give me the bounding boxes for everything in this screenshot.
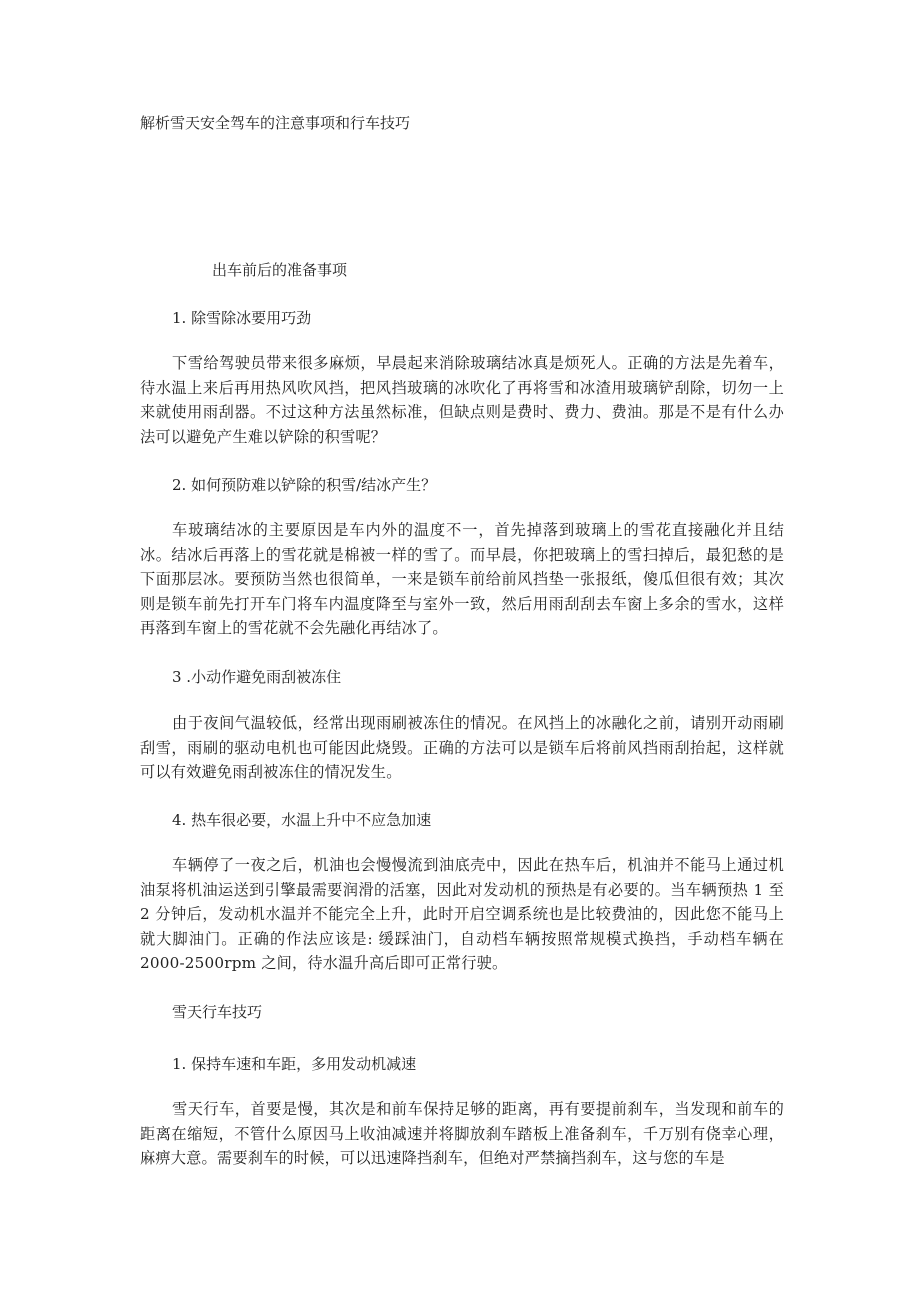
item-title-3: 3 .小动作避免雨刮被冻住	[172, 667, 341, 687]
item-title-driving-1: 1. 保持车速和车距，多用发动机减速	[172, 1054, 416, 1074]
item-title-1: 1. 除雪除冰要用巧劲	[172, 308, 311, 328]
item-body-4: 车辆停了一夜之后，机油也会慢慢流到油底壳中，因此在热车后，机油并不能马上通过机油…	[140, 853, 784, 976]
section-heading-driving-tips: 雪天行车技巧	[172, 1002, 262, 1022]
item-body-2: 车玻璃结冰的主要原因是车内外的温度不一，首先掉落到玻璃上的雪花直接融化并且结冰。…	[140, 518, 784, 641]
section-heading-preparation: 出车前后的准备事项	[212, 260, 347, 280]
item-body-1: 下雪给驾驶员带来很多麻烦，早晨起来消除玻璃结冰真是烦死人。正确的方法是先着车，待…	[140, 351, 784, 449]
item-title-2: 2. 如何预防难以铲除的积雪/结冰产生？	[172, 475, 436, 495]
item-body-driving-1: 雪天行车，首要是慢，其次是和前车保持足够的距离，再有要提前刹车，当发现和前车的距…	[140, 1097, 784, 1171]
item-title-4: 4. 热车很必要，水温上升中不应急加速	[172, 810, 431, 830]
document-title: 解析雪天安全驾车的注意事项和行车技巧	[140, 113, 410, 133]
item-body-3: 由于夜间气温较低，经常出现雨刷被冻住的情况。在风挡上的冰融化之前，请别开动雨刷刮…	[140, 711, 784, 785]
